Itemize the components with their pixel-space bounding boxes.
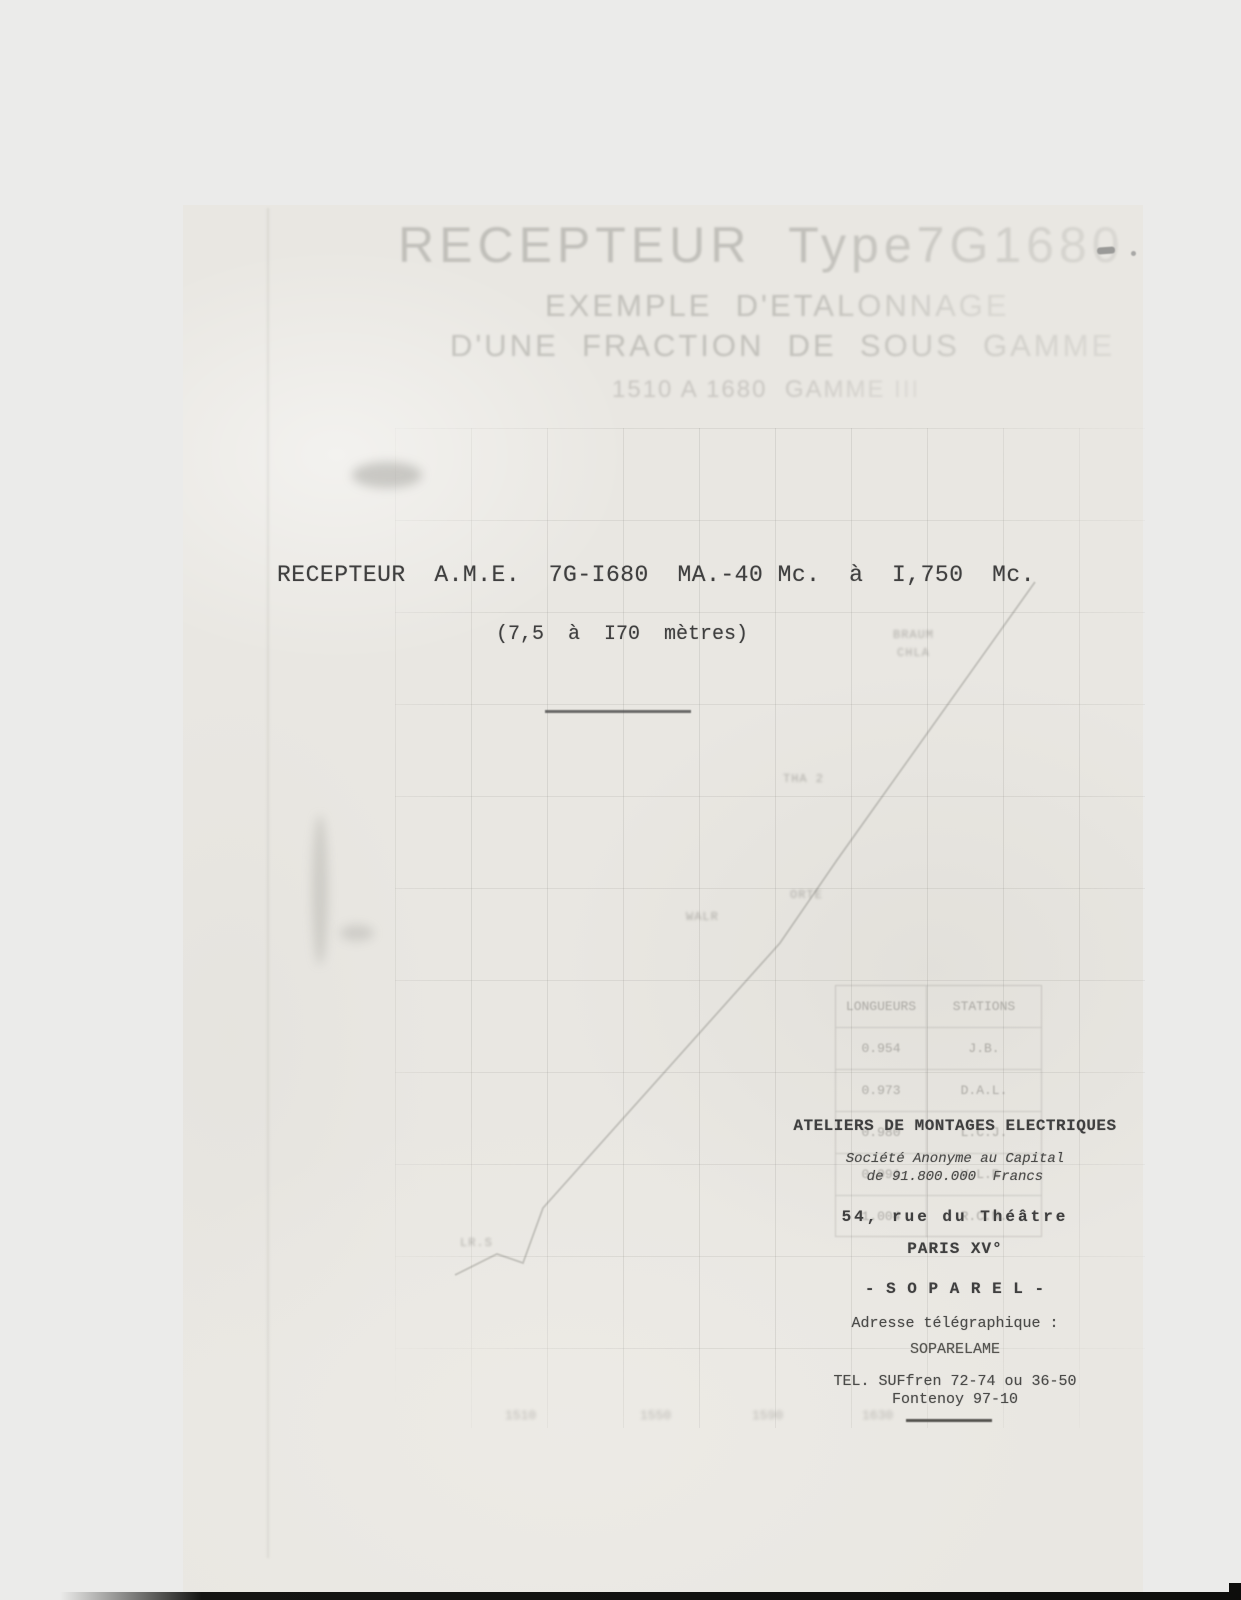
- ghost-station-label: LR.S: [460, 1236, 493, 1250]
- telegraphic-address-name: SOPARELAME: [780, 1341, 1130, 1358]
- scan-smudge: [352, 462, 422, 488]
- company-brand-soparel: - S O P A R E L -: [780, 1280, 1130, 1298]
- ghost-axis-tick: 1590: [752, 1408, 783, 1423]
- company-name: ATELIERS DE MONTAGES ELECTRIQUES: [780, 1117, 1130, 1135]
- phone-line-2: Fontenoy 97-10: [780, 1391, 1130, 1408]
- company-capital-line-1: Société Anonyme au Capital: [780, 1151, 1130, 1167]
- ghost-axis-tick: 1550: [640, 1408, 671, 1423]
- company-capital-line-2: de 91.800.000 Francs: [780, 1169, 1130, 1185]
- company-city: PARIS XV°: [780, 1240, 1130, 1258]
- next-page-edge-corner: [1229, 1583, 1241, 1600]
- ghost-vertical-axis-smudge: [312, 815, 328, 965]
- telegraphic-address-label: Adresse télégraphique :: [780, 1315, 1130, 1332]
- ink-dot-mark: [1131, 251, 1136, 256]
- ghost-station-label: WALR: [686, 910, 719, 924]
- phone-line-1: TEL. SUFfren 72-74 ou 36-50: [780, 1373, 1130, 1390]
- scan-smudge: [340, 925, 374, 941]
- next-page-edge: [60, 1592, 1241, 1600]
- footer-divider-rule: [906, 1419, 992, 1422]
- ghost-axis-tick: 1510: [505, 1408, 536, 1423]
- company-street-address: 54, rue du Théâtre: [780, 1208, 1130, 1226]
- company-block: ATELIERS DE MONTAGES ELECTRIQUES Société…: [780, 0, 1130, 1600]
- title-divider-rule: [545, 710, 691, 713]
- scanned-document-page: RECEPTEUR Type7G1680 EXEMPLE D'ETALONNAG…: [0, 0, 1241, 1600]
